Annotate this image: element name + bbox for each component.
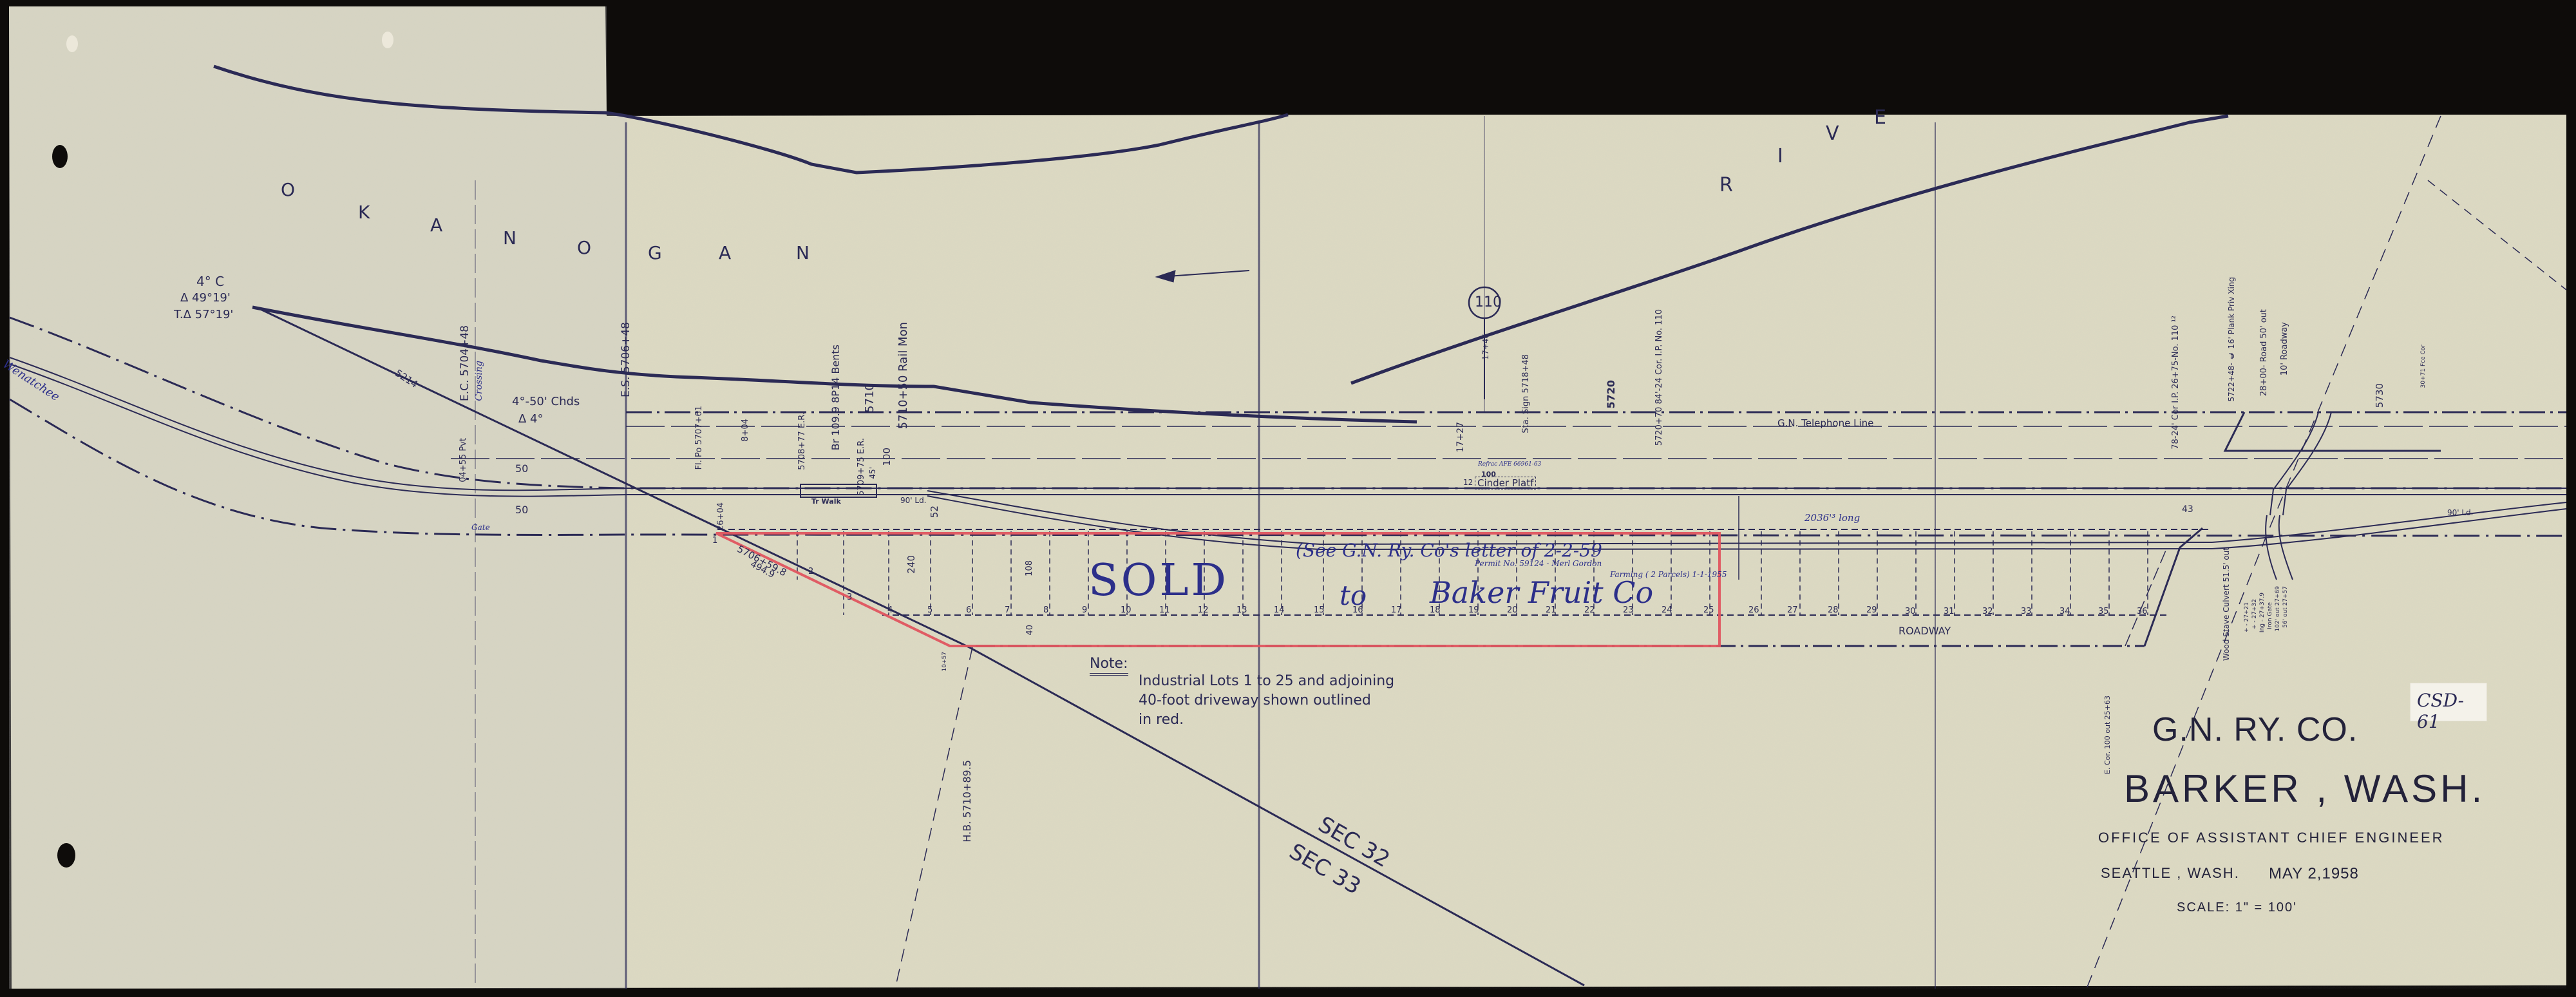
dimension-100: 100 [881, 448, 893, 466]
station-5708: 5708+77 E.R. [797, 412, 807, 470]
roadway-10: 10' Roadway [2280, 322, 2289, 375]
scale-line: SCALE: 1" = 100' [2177, 900, 2297, 915]
dimension-43: 43 [2182, 504, 2193, 515]
cor-ip-78: 78-24' Cor I.P. 26+75-No. 110 ¹² [2172, 316, 2181, 450]
culvert-label: Wood Stave Culvert 51.5' out [2222, 547, 2231, 661]
station-sign: Sta. Sign 5718+48 [1521, 354, 1531, 433]
switch-90-left: 90' Ld. [900, 496, 927, 505]
hb-station: H.B. 5710+89.5 [961, 760, 973, 842]
culvert-note-5: 102' out 27+69 [2275, 586, 2281, 632]
company-name: G.N. RY. CO. [2152, 710, 2358, 749]
dimension-40: 40 [1025, 625, 1035, 636]
lot-number: 34 [2060, 607, 2070, 616]
curve-delta: Δ 49°19' [180, 291, 231, 305]
rail-monument: 5710+50 Rail Mon [896, 322, 910, 429]
punch-hole [66, 35, 78, 52]
lot-number: 14 [1274, 605, 1285, 615]
cor-ip-110: 5720+70 84'-24 Cor. I.P. No. 110 [1655, 309, 1664, 446]
lot-number: 10 [1121, 605, 1132, 615]
lot-number: 26 [1748, 605, 1759, 615]
es-station: E.S. 5706+48 [620, 322, 632, 397]
station-5730: 5730 [2374, 383, 2385, 408]
plat-sheet: O K A N O G A N R I V E 4° C Δ 49°19' T.… [0, 0, 2576, 997]
station-17-27: 17+27 [1455, 422, 1466, 452]
station-26-04: 26+04 [716, 502, 726, 531]
lot-number: 33 [2021, 607, 2032, 616]
track-walk-label: Tr Walk [811, 497, 841, 506]
lot-number: 6 [966, 605, 971, 615]
station-10-57: 10+57 [942, 652, 948, 671]
punch-hole [52, 145, 68, 168]
lot-number: 8 [1043, 605, 1048, 615]
bridge-label: Br 109.9 8P14 Bents [829, 345, 842, 450]
city-line: SEATTLE , WASH. [2101, 865, 2240, 882]
lot-number: 29 [1866, 605, 1877, 615]
sold-to: to [1340, 580, 1367, 611]
curve-total-delta: T.Δ 57°19' [174, 308, 233, 321]
lot-number: 13 [1236, 605, 1247, 615]
dimension-108: 108 [1025, 560, 1034, 576]
lot-number: 15 [1314, 605, 1325, 615]
lot-number: 30 [1905, 607, 1916, 616]
plank-crossing: 5722+48- ℄ 16' Plank Priv Xing [2227, 277, 2236, 401]
lot-number: 9 [1082, 605, 1087, 615]
dimension-45: 45' [868, 467, 877, 479]
lot-number: 32 [1982, 607, 1993, 616]
track-length-label: 2036'³ long [1804, 512, 1860, 524]
cinder-platform: Cinder Platf [1475, 477, 1536, 489]
culvert-note-1: + - 27+21 [2244, 602, 2250, 632]
note-heading: Note: [1090, 656, 1128, 676]
station-5720: 5720 [1605, 380, 1617, 409]
sold-stamp: SOLD [1088, 555, 1229, 606]
culvert-note-2: + - 27+32 [2251, 599, 2258, 629]
note-line-2: 40-foot driveway shown outlined [1139, 692, 1371, 708]
catalog-stamp: CSD- 61 [2410, 683, 2487, 721]
lot-number: 11 [1159, 605, 1170, 615]
lot-number: 27 [1787, 605, 1798, 615]
punch-hole [382, 32, 393, 48]
lot-number: 17 [1391, 605, 1402, 615]
offset-50-lower: 50 [515, 504, 528, 516]
map-drawing [0, 0, 2576, 997]
lot-number: 25 [1703, 605, 1714, 615]
road-50-out: 28+00- Road 50' out [2259, 309, 2269, 396]
lot-number: 12 [1198, 605, 1209, 615]
permit-note: Permit No. 59124 - Merl Gordon [1475, 559, 1602, 568]
date-line: MAY 2,1958 [2269, 865, 2359, 883]
note-line-1: Industrial Lots 1 to 25 and adjoining [1139, 673, 1394, 689]
curve-chord-delta: Δ 4° [518, 412, 544, 426]
mile-sign-110: 110 [1475, 294, 1502, 310]
lot-number: 24 [1662, 605, 1672, 615]
roadway-label: ROADWAY [1899, 625, 1951, 637]
lot-number: 35 [2098, 607, 2109, 616]
buyer-name: Baker Fruit Co [1430, 575, 1653, 610]
office-line: OFFICE OF ASSISTANT CHIEF ENGINEER [2098, 830, 2445, 846]
station-5710: 5710 [863, 383, 876, 413]
cinder-12: 12 [1463, 478, 1473, 487]
culvert-note-6: 56' out 27+57 [2282, 586, 2289, 628]
gate-label: Gate [471, 523, 490, 532]
corner-note: E. Cor. 100 out 25+63 [2103, 696, 2112, 774]
dimension-240: 240 [905, 555, 917, 574]
fl-po-station: Fl. Po 5707+61 [694, 406, 704, 470]
lot-number: 1 [712, 536, 717, 546]
lot-number: 4 [887, 605, 893, 615]
note-line-3: in red. [1139, 712, 1184, 728]
dimension-52: 52 [929, 506, 940, 518]
switch-90-right: 90' Ld. [2447, 508, 2474, 517]
cinder-100: 100 [1481, 470, 1496, 479]
lot-number: 7 [1005, 605, 1010, 615]
offset-50-upper: 50 [515, 462, 528, 475]
lot-number: 5 [927, 605, 933, 615]
refrac-afe: Refrac AFE 66961-63 [1478, 461, 1541, 468]
pvt-crossing: 04+55 Pvt [459, 438, 468, 482]
station-17-46: 17+46 [1481, 334, 1490, 360]
station-8-04: 8+04 [741, 419, 750, 442]
lot-number: 3 [847, 593, 852, 602]
station-5709: 5709+75 E.R. [857, 438, 866, 496]
letter-reference: (See G.N. Ry. Co's letter of 2-2-59 [1296, 540, 1602, 561]
lot-number: 2 [808, 567, 813, 576]
farming-note: Farming ( 2 Parcels) 1-1-1955 [1610, 570, 1727, 579]
lot-number: 31 [1944, 607, 1955, 616]
culvert-note-4: Iron Gate [2267, 602, 2273, 629]
fence-corner: 30+71 Fce Cor [2420, 345, 2427, 388]
culvert-note-3: Ing - 27+37.9 [2259, 593, 2266, 632]
location-title: BARKER , WASH. [2124, 766, 2485, 811]
catalog-stamp-text: CSD- 61 [2417, 690, 2486, 732]
ec-station: E.C. 5704+48 [459, 325, 471, 401]
lot-number: 36 [2137, 607, 2148, 616]
lot-number: 28 [1828, 605, 1839, 615]
telephone-line-label: G.N. Telephone Line [1777, 417, 1873, 429]
crossing-label: Crossing [474, 361, 484, 401]
curve-degree: 4° C [196, 274, 224, 289]
curve-chords: 4°-50' Chds [512, 395, 580, 408]
punch-hole [57, 843, 75, 868]
